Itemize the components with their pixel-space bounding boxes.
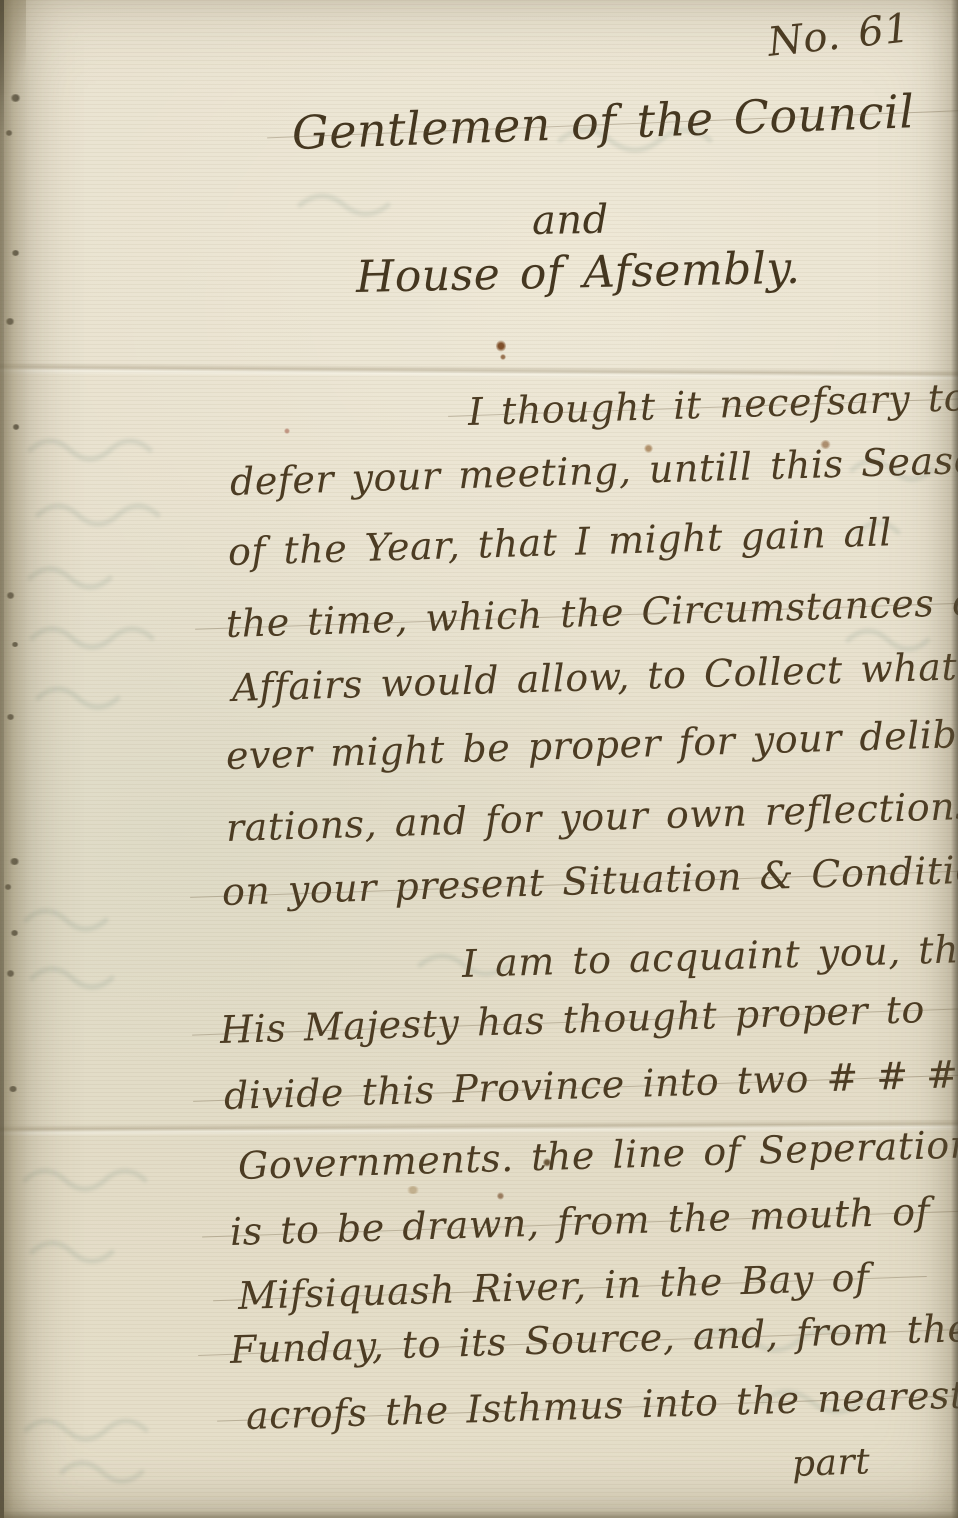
manuscript-line: of the Year, that I might gain all <box>227 510 892 574</box>
ink-stain <box>284 428 290 434</box>
ink-stain <box>500 354 506 360</box>
manuscript-line: I am to acquaint you, that <box>461 926 958 986</box>
manuscript-line: rations, and for your own reflections <box>225 784 958 850</box>
ink-stain <box>496 340 506 352</box>
ink-stain <box>497 1192 504 1200</box>
ink-stain <box>406 1186 420 1194</box>
scan-bottom-border <box>0 1510 958 1518</box>
heading-line-3: House of Afsembly. <box>355 243 800 303</box>
heading-line-2: and <box>532 197 610 244</box>
manuscript-line: Governments. the line of Seperation <box>237 1122 958 1188</box>
catchword: part <box>791 1441 871 1485</box>
paper-left-edge <box>0 0 30 1518</box>
manuscript-line: I thought it necefsary to <box>467 375 958 434</box>
heading-line-1: Gentlemen of the Council <box>291 84 915 160</box>
manuscript-line: defer your meeting, untill this Season <box>229 437 958 504</box>
manuscript-line: is to be drawn, from the mouth of <box>229 1189 930 1254</box>
scan-right-border <box>951 0 958 1518</box>
manuscript-line: Affairs would allow, to Collect what- <box>231 644 958 710</box>
scan-left-border <box>0 0 4 1518</box>
manuscript-line: acrofs the Isthmus into the nearest <box>245 1373 958 1438</box>
manuscript-line: His Majesty has thought proper to <box>219 987 925 1052</box>
manuscript-line: Mifsiquash River, in the Bay of <box>237 1255 870 1318</box>
manuscript-line: on your present Situation & Condition. <box>221 846 958 914</box>
manuscript-line: the time, which the Circumstances of <box>225 579 958 646</box>
manuscript-line: divide this Province into two # # # # <box>223 1051 958 1118</box>
manuscript-page: No. 61 Gentlemen of the Council and Hous… <box>0 0 958 1518</box>
manuscript-line: ever might be proper for your delibe- <box>225 711 958 778</box>
page-number: No. 61 <box>766 5 913 66</box>
